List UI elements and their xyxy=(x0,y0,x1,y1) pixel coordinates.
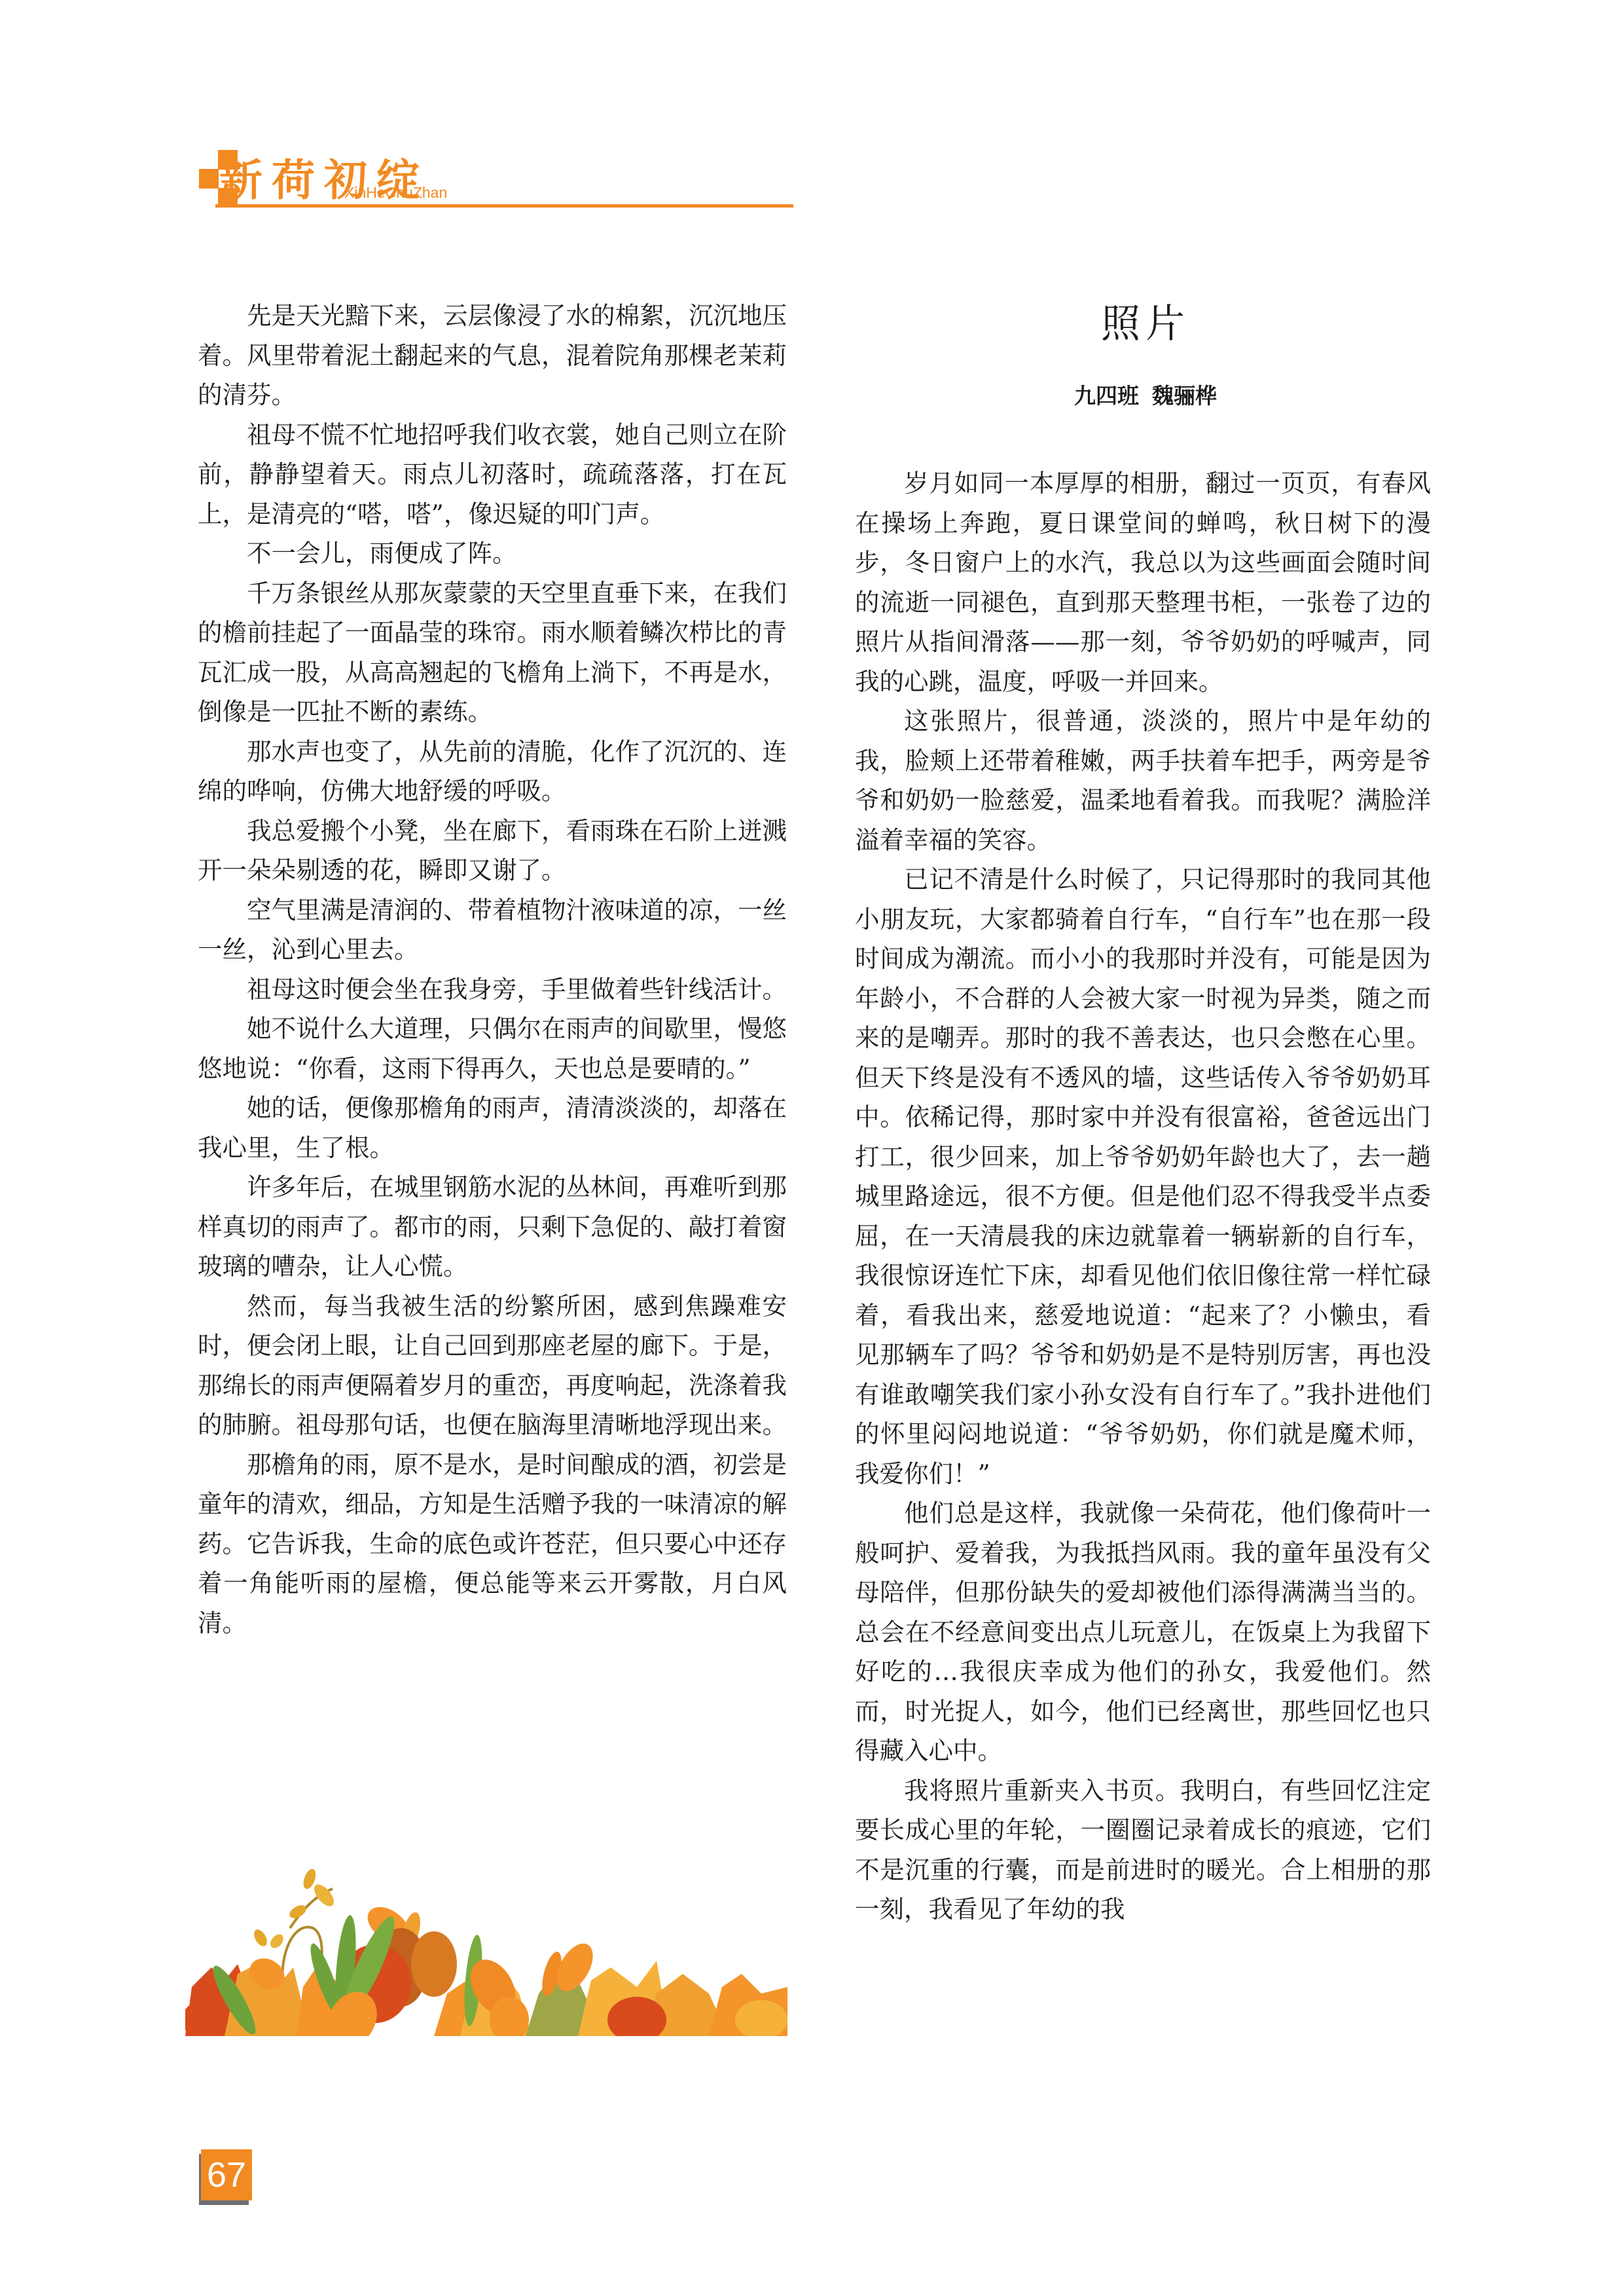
paragraph: 已记不清是什么时候了，只记得那时的我同其他小朋友玩，大家都骑着自行车，“自行车”… xyxy=(855,860,1431,1493)
paragraph: 祖母这时便会坐在我身旁，手里做着些针线活计。 xyxy=(198,970,787,1010)
paragraph: 她不说什么大道理，只偶尔在雨声的间歇里，慢悠悠地说：“你看，这雨下得再久，天也总… xyxy=(198,1009,787,1088)
paragraph: 那水声也变了，从先前的清脆，化作了沉沉的、连绵的哗响，仿佛大地舒缓的呼吸。 xyxy=(198,732,787,811)
article-title: 照片 xyxy=(844,298,1447,350)
author-name: 魏骊桦 xyxy=(1152,383,1217,409)
paragraph: 先是天光黯下来，云层像浸了水的棉絮，沉沉地压着。风里带着泥土翻起来的气息，混着院… xyxy=(198,296,787,415)
paragraph: 空气里满是清润的、带着植物汁液味道的凉，一丝一丝，沁到心里去。 xyxy=(198,890,787,970)
paragraph: 那檐角的雨，原不是水，是时间酿成的酒，初尝是童年的清欢，细品，方知是生活赠予我的… xyxy=(198,1445,787,1643)
paragraph: 他们总是这样，我就像一朵荷花，他们像荷叶一般呵护、爱着我，为我抵挡风雨。我的童年… xyxy=(855,1493,1431,1771)
paragraph: 岁月如同一本厚厚的相册，翻过一页页，有春风在操场上奔跑，夏日课堂间的蝉鸣，秋日树… xyxy=(855,464,1431,701)
page-number: 67 xyxy=(201,2149,252,2200)
byline: 九四班魏骊桦 xyxy=(844,380,1447,412)
paragraph: 然而，每当我被生活的纷繁所困，感到焦躁难安时，便会闭上眼，让自己回到那座老屋的廊… xyxy=(198,1286,787,1445)
column-subtitle: XinHeChuZhan xyxy=(344,183,447,202)
right-article: 岁月如同一本厚厚的相册，翻过一页页，有春风在操场上奔跑，夏日课堂间的蝉鸣，秋日树… xyxy=(855,464,1431,1929)
paragraph: 许多年后，在城里钢筋水泥的丛林间，再难听到那样真切的雨声了。都市的雨，只剩下急促… xyxy=(198,1167,787,1286)
paragraph: 我将照片重新夹入书页。我明白，有些回忆注定要长成心里的年轮，一圈圈记录着成长的痕… xyxy=(855,1771,1431,1929)
paragraph: 不一会儿，雨便成了阵。 xyxy=(198,534,787,574)
logo-square-middle xyxy=(199,169,219,189)
paragraph: 我总爱搬个小凳，坐在廊下，看雨珠在石阶上迸溅开一朵朵剔透的花，瞬即又谢了。 xyxy=(198,811,787,890)
left-article: 先是天光黯下来，云层像浸了水的棉絮，沉沉地压着。风里带着泥土翻起来的气息，混着院… xyxy=(198,296,787,1643)
paragraph: 千万条银丝从那灰蒙蒙的天空里直垂下来，在我们的檐前挂起了一面晶莹的珠帘。雨水顺着… xyxy=(198,574,787,732)
author-class: 九四班 xyxy=(1074,383,1139,409)
paragraph: 祖母不慌不忙地招呼我们收衣裳，她自己则立在阶前，静静望着天。雨点儿初落时，疏疏落… xyxy=(198,415,787,534)
paragraph: 她的话，便像那檐角的雨声，清清淡淡的，却落在我心里，生了根。 xyxy=(198,1088,787,1167)
autumn-leaves-illustration xyxy=(185,1869,787,2036)
paragraph: 这张照片，很普通，淡淡的，照片中是年幼的我，脸颊上还带着稚嫩，两手扶着车把手，两… xyxy=(855,701,1431,860)
header-rule xyxy=(215,204,793,208)
